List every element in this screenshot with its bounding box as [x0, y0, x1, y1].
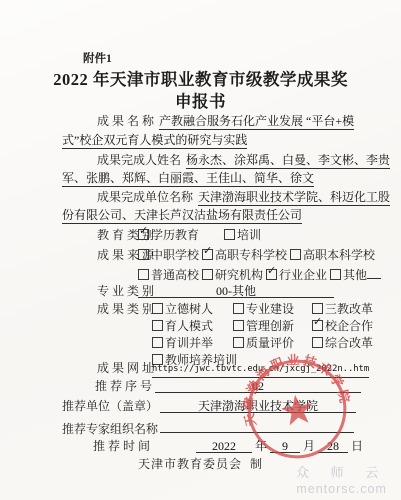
- other-blank-underline: [367, 265, 381, 279]
- education-category-options: ✓学历教育 ✓培训: [138, 228, 261, 242]
- watermark-line2: mentorsc.com: [296, 482, 387, 496]
- checkbox-icon: ✓: [233, 320, 244, 331]
- checkbox-icon: ✓: [152, 337, 163, 348]
- field-value-units-2: 份有限公司、天津长芦汉沽盐场有限责任公司: [62, 208, 302, 224]
- field-authors-line2: 军、张鹏、郑辉、白丽霞、王佳山、简华、徐文: [62, 171, 374, 185]
- field-value-expert-org: [160, 419, 354, 433]
- checkbox-option-sanjiao-gaige: ✓三教改革: [312, 302, 373, 316]
- result-category-row1: ✓立德树人 ✓专业建设 ✓三教改革: [152, 302, 373, 319]
- field-value-result-url: https://jwc.tbvtc.edu.cn/jxcgj_2022n..ht…: [152, 362, 369, 378]
- field-value-authors-1: 杨永杰、涂郑禹、白曼、李文彬、李贵: [186, 153, 390, 169]
- title-line2: 申报书: [0, 91, 401, 113]
- check-icon: ✓: [139, 225, 148, 236]
- checkbox-option-zhongzhi: ✓中职学校: [138, 248, 199, 262]
- checkbox-option-yanjiu-jigou: ✓研究机构: [202, 268, 263, 282]
- checkbox-option-hangye-qiye: ✓行业企业: [266, 268, 327, 282]
- checkbox-option-xiaoqi-hezuo: ✓校企合作: [312, 319, 373, 333]
- field-value-achievement-name-2: 式”校企双元育人模式的研究与实践: [62, 133, 247, 149]
- checkbox-icon: ✓: [233, 337, 244, 348]
- field-education-category: 教 育 类 别 ✓学历教育 ✓培训: [62, 228, 374, 242]
- field-achievement-name-line1: 成 果 名 称产教融合服务石化产业发展 “平台+模: [62, 114, 374, 128]
- field-major-category: 专 业 类 别 00-其他: [62, 284, 374, 298]
- field-value-achievement-name-1: 产教融合服务石化产业发展 “平台+模: [159, 114, 354, 130]
- checkbox-option-yuxun-bingju: ✓育训并举: [152, 336, 230, 350]
- field-label-result-url: 成 果 网 址: [97, 361, 154, 375]
- checkbox-option-xueli: ✓学历教育: [138, 228, 199, 242]
- result-category-row3: ✓育训并举 ✓质量评价 ✓综合改革: [152, 336, 373, 353]
- checkbox-icon: ✓: [138, 229, 149, 240]
- field-label-recommend-no: 推 荐 序 号: [95, 379, 152, 393]
- watermark-line1: 众 师 云: [296, 466, 387, 480]
- field-achievement-name-line2: 式”校企双元育人模式的研究与实践: [62, 133, 374, 147]
- scanned-application-form: 附件1 2022 年天津市职业教育市级教学成果奖 申报书 成 果 名 称产教融合…: [0, 0, 401, 500]
- unit-year: 年: [255, 439, 267, 453]
- checkbox-icon: ✓: [290, 249, 301, 260]
- checkbox-option-lideshuren: ✓立德树人: [152, 302, 230, 316]
- field-value-recommend-unit: 天津渤海职业技术学院: [160, 399, 356, 413]
- result-category-row2: ✓育人模式 ✓管理创新 ✓校企合作: [152, 319, 373, 336]
- field-result-category: 成 果 类 别 ✓立德树人 ✓专业建设 ✓三教改革 ✓育人模式 ✓管理创新 ✓校…: [62, 302, 374, 370]
- check-icon: ✓: [267, 265, 276, 276]
- checkbox-option-peixun: ✓培训: [224, 228, 261, 242]
- field-units-line2: 份有限公司、天津长芦汉沽盐场有限责任公司: [62, 208, 374, 222]
- field-label-authors: 成果完成人姓名: [97, 153, 181, 167]
- field-label-units: 成果完成单位名称: [97, 190, 193, 204]
- source-options-row1: ✓中职学校 ✓高职专科学校 ✓高职本科学校: [138, 248, 375, 262]
- field-label-expert-org: 推荐专家组织名称: [62, 422, 158, 436]
- checkbox-option-zonghe-gaige: ✓综合改革: [312, 336, 373, 350]
- field-label-recommend-date: 推 荐 时 间: [93, 439, 150, 453]
- checkbox-icon: ✓: [202, 249, 213, 260]
- checkbox-icon: ✓: [138, 249, 149, 260]
- check-icon: ✓: [203, 245, 212, 256]
- field-expert-org: 推荐专家组织名称: [62, 419, 374, 436]
- page-title: 2022 年天津市职业教育市级教学成果奖 申报书: [0, 69, 401, 113]
- watermark: 众 师 云 mentorsc.com: [296, 466, 387, 496]
- checkbox-icon: ✓: [330, 269, 341, 280]
- field-source-row1: 成 果 来 源 ✓中职学校 ✓高职专科学校 ✓高职本科学校: [62, 248, 374, 262]
- field-label-achievement-name: 成 果 名 称: [97, 114, 154, 128]
- field-label-result-category: 成 果 类 别: [97, 302, 154, 316]
- result-category-grid: ✓立德树人 ✓专业建设 ✓三教改革 ✓育人模式 ✓管理创新 ✓校企合作 ✓育训并…: [152, 302, 373, 370]
- checkbox-icon: ✓: [312, 320, 323, 331]
- field-value-authors-2: 军、张鹏、郑辉、白丽霞、王佳山、简华、徐文: [62, 171, 314, 187]
- field-value-year: 2022: [196, 439, 252, 453]
- field-value-units-1: 天津渤海职业技术学院、科迈化工股: [198, 190, 390, 206]
- field-value-day: 28: [318, 439, 348, 453]
- checkbox-icon: ✓: [312, 303, 323, 314]
- checkbox-icon: ✓: [266, 269, 277, 280]
- unit-day: 日: [351, 439, 363, 453]
- checkbox-option-yuren-moshi: ✓育人模式: [152, 319, 230, 333]
- field-value-major-category: 00-其他: [138, 284, 334, 298]
- title-line1: 2022 年天津市职业教育市级教学成果奖: [0, 69, 401, 91]
- checkbox-option-gaozhi-zhuanke: ✓高职专科学校: [202, 248, 287, 262]
- attachment-label: 附件1: [83, 52, 112, 66]
- field-authors-line1: 成果完成人姓名杨永杰、涂郑禹、白曼、李文彬、李贵: [62, 153, 374, 167]
- field-recommend-date: 推 荐 时 间2022年9月28日: [62, 439, 374, 453]
- field-recommend-unit: 推荐单位（盖章）天津渤海职业技术学院: [62, 399, 374, 413]
- major-category-value-wrap: 00-其他: [138, 284, 334, 298]
- checkbox-icon: ✓: [152, 320, 163, 331]
- check-icon: ✓: [313, 316, 322, 327]
- unit-month: 月: [303, 439, 315, 453]
- field-value-month: 9: [270, 439, 300, 453]
- field-recommend-no: 推 荐 序 号02: [62, 379, 374, 393]
- checkbox-icon: ✓: [152, 303, 163, 314]
- checkbox-option-gaozhi-benke: ✓高职本科学校: [290, 248, 375, 262]
- checkbox-icon: ✓: [233, 303, 244, 314]
- field-value-recommend-no: 02: [155, 379, 361, 393]
- checkbox-icon: ✓: [202, 269, 213, 280]
- checkbox-option-zhiliang-pingjia: ✓质量评价: [233, 336, 295, 350]
- checkbox-option-qita: ✓其他: [330, 268, 367, 282]
- checkbox-icon: ✓: [312, 337, 323, 348]
- checkbox-option-putong-gaoxiao: ✓普通高校: [138, 268, 199, 282]
- checkbox-option-guanli-chuangxin: ✓管理创新: [233, 319, 295, 333]
- field-label-recommend-unit: 推荐单位（盖章）: [62, 399, 158, 413]
- checkbox-option-zhuanye-jianshe: ✓专业建设: [233, 302, 295, 316]
- checkbox-icon: ✓: [224, 229, 235, 240]
- source-options-row2: ✓普通高校 ✓研究机构 ✓行业企业 ✓其他: [138, 265, 381, 282]
- field-result-url: 成 果 网 址 https://jwc.tbvtc.edu.cn/jxcgj_2…: [62, 361, 374, 375]
- checkbox-icon: ✓: [138, 269, 149, 280]
- field-units-line1: 成果完成单位名称天津渤海职业技术学院、科迈化工股: [62, 190, 374, 204]
